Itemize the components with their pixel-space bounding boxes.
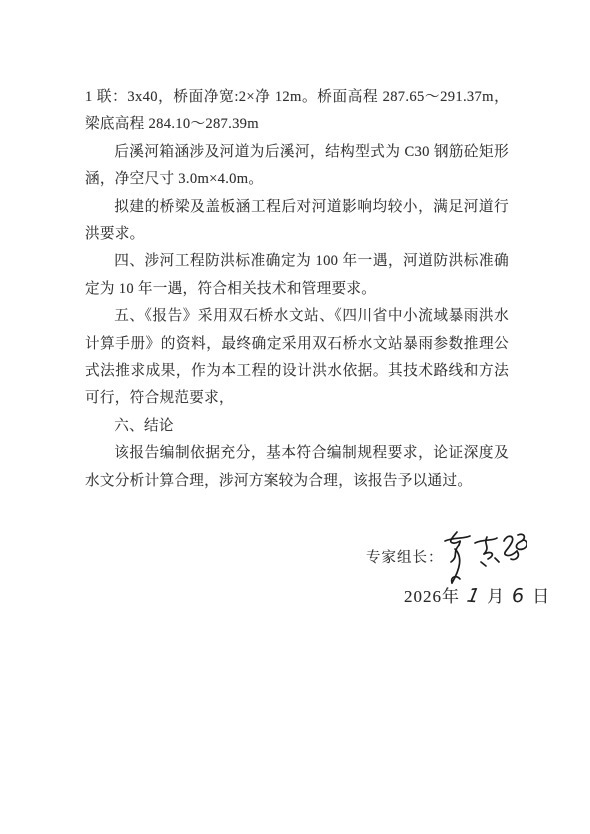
paragraph-item-four: 四、涉河工程防洪标准确定为 100 年一遇，河道防洪标准确定为 10 年一遇，符… bbox=[85, 248, 509, 303]
document-page: 1 联：3x40，桥面净宽:2×净 12m。桥面高程 287.65～291.37… bbox=[0, 0, 590, 834]
date-day-handwritten: 6 bbox=[511, 585, 526, 608]
paragraph-conclusion: 该报告编制依据充分，基本符合编制规程要求，论证深度及水文分析计算合理，涉河方案较… bbox=[85, 440, 509, 495]
body-text: 1 联：3x40，桥面净宽:2×净 12m。桥面高程 287.65～291.37… bbox=[85, 84, 509, 495]
paragraph-item-six-head: 六、结论 bbox=[85, 413, 509, 440]
date-day-unit: 日 bbox=[532, 582, 550, 607]
handwritten-signature-icon bbox=[441, 527, 527, 589]
paragraph-item-five: 五、《报告》采用双石桥水文站、《四川省中小流域暴雨洪水计算手册》的资料，最终确定… bbox=[85, 303, 509, 413]
expert-leader-label: 专家组长： bbox=[366, 546, 444, 567]
date-month-handwritten: 1 bbox=[463, 585, 484, 608]
date-month-unit: 月 bbox=[487, 582, 505, 607]
date-year: 2026年 bbox=[404, 582, 460, 607]
date-line: 2026年 1 月 6 日 bbox=[404, 582, 550, 607]
paragraph-box-culvert: 后溪河箱涵涉及河道为后溪河，结构型式为 C30 钢筋砼矩形涵，净空尺寸 3.0m… bbox=[85, 139, 509, 194]
paragraph-impact: 拟建的桥梁及盖板涵工程后对河道影响均较小，满足河道行洪要求。 bbox=[85, 194, 509, 249]
paragraph-bridge-spec: 1 联：3x40，桥面净宽:2×净 12m。桥面高程 287.65～291.37… bbox=[85, 84, 509, 139]
